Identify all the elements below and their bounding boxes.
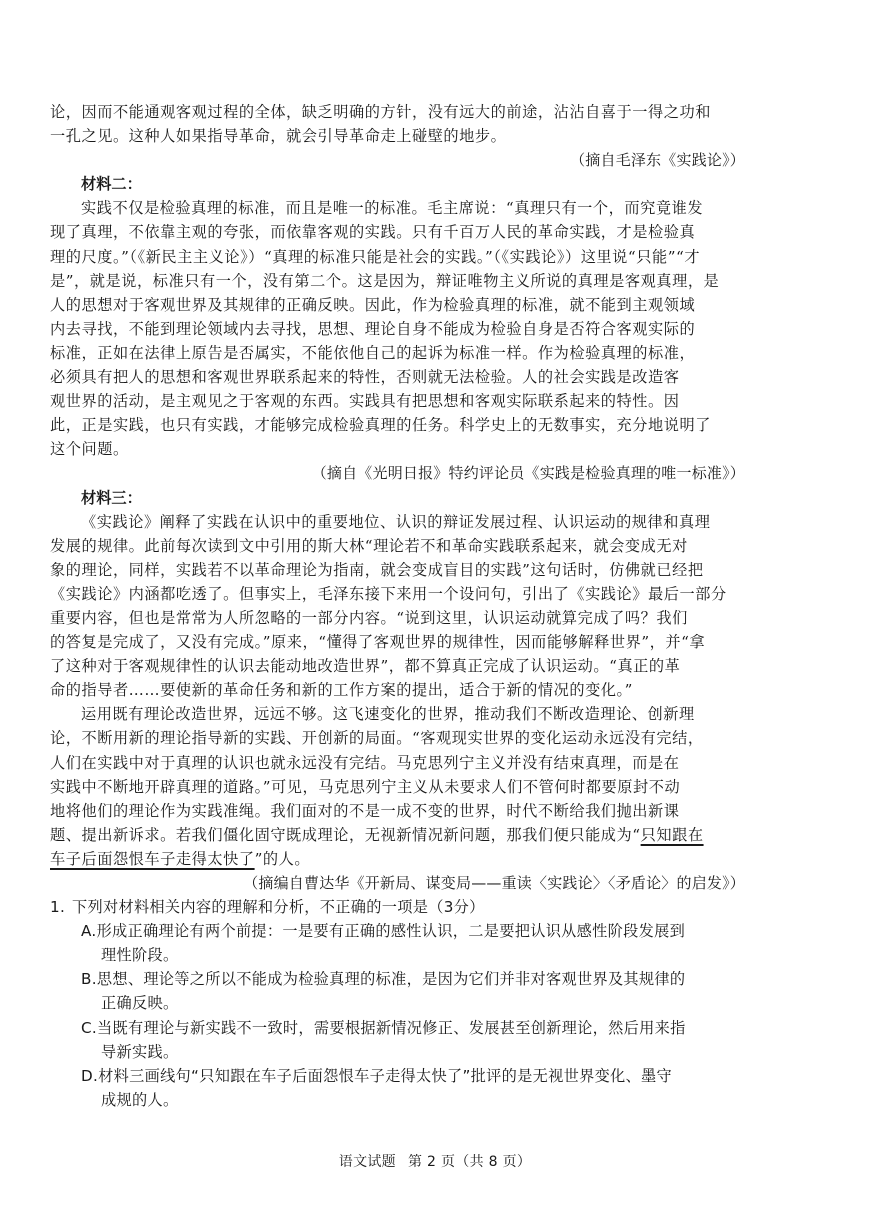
text-line: 运用既有理论改造世界，远远不够。这飞速变化的世界，推动我们不断改造理论、创新理 — [50, 702, 745, 726]
text-line: 现了真理，不依靠主观的夸张，而依靠客观的实践。只有千百万人民的革命实践，才是检验… — [50, 220, 745, 244]
text-line: 是”，就是说，标准只有一个，没有第二个。这是因为，辩证唯物主义所说的真理是客观真… — [50, 269, 745, 293]
text-line: 车子后面怨恨车子走得太快了”的人。 — [50, 847, 745, 871]
option-text-cont: 导新实践。 — [50, 1040, 745, 1064]
option-d: D.材料三画线句“只知跟在车子后面怨恨车子走得太快了”批评的是无视世界变化、墨守… — [50, 1064, 745, 1112]
text-line: 必须具有把人的思想和客观世界联系起来的特性，否则就无法检验。人的社会实践是改造客 — [50, 365, 745, 389]
material-heading: 材料二： — [50, 172, 745, 196]
option-text: 当既有理论与新实践不一致时，需要根据新情况修正、发展甚至创新理论，然后用来指 — [97, 1019, 686, 1037]
text-segment: ”的人。 — [255, 850, 311, 868]
option-label: D. — [81, 1067, 98, 1085]
text-line: 了这种对于客观规律性的认识去能动地改造世界”，都不算真正完成了认识运动。“真正的… — [50, 654, 745, 678]
exam-page: 论，因而不能通观客观过程的全体，缺乏明确的方针，没有远大的前途，沾沾自喜于一得之… — [50, 100, 745, 1112]
text-line: 实践中不断地开辟真理的道路。”可见，马克思列宁主义从未要求人们不管何时都要原封不… — [50, 775, 745, 799]
material-heading: 材料三： — [50, 486, 745, 510]
text-line: 命的指导者……要使新的革命任务和新的工作方案的提出，适合于新的情况的变化。” — [50, 678, 745, 702]
option-text-cont: 成规的人。 — [50, 1088, 745, 1112]
text-line: 内去寻找，不能到理论领域内去寻找，思想、理论自身不能成为检验自身是否符合客观实际… — [50, 317, 745, 341]
text-line: 观世界的活动，是主观见之于客观的东西。实践具有把思想和客观实际联系起来的特性。因 — [50, 389, 745, 413]
option-a: A.形成正确理论有两个前提：一是要有正确的感性认识，二是要把认识从感性阶段发展到… — [50, 919, 745, 967]
text-line: 一孔之见。这种人如果指导革命，就会引导革命走上碰壁的地步。 — [50, 124, 745, 148]
source-citation: （摘自《光明日报》特约评论员《实践是检验真理的唯一标准》） — [50, 461, 745, 485]
option-label: B. — [81, 970, 97, 988]
text-line: 地将他们的理论作为实践准绳。我们面对的不是一成不变的世界，时代不断给我们抛出新课 — [50, 799, 745, 823]
text-line: 论，因而不能通观客观过程的全体，缺乏明确的方针，没有远大的前途，沾沾自喜于一得之… — [50, 100, 745, 124]
footer-subject: 语文试题 — [339, 1154, 396, 1170]
page-footer: 语文试题第 2 页（共 8 页） — [0, 1151, 870, 1171]
text-line: 人的思想对于客观世界及其规律的正确反映。因此，作为检验真理的标准，就不能到主观领… — [50, 293, 745, 317]
footer-page-number: 第 2 页（共 8 页） — [408, 1154, 531, 1170]
option-text: 思想、理论等之所以不能成为检验真理的标准，是因为它们并非对客观世界及其规律的 — [97, 970, 686, 988]
text-line: 人们在实践中对于真理的认识也就永远没有完结。马克思列宁主义并没有结束真理，而是在 — [50, 751, 745, 775]
option-text-cont: 理性阶段。 — [50, 943, 745, 967]
text-line: 这个问题。 — [50, 437, 745, 461]
option-c: C.当既有理论与新实践不一致时，需要根据新情况修正、发展甚至创新理论，然后用来指… — [50, 1016, 745, 1064]
underlined-sentence: 只知跟在 — [641, 826, 704, 844]
source-citation: （摘自毛泽东《实践论》） — [50, 148, 745, 172]
option-b: B.思想、理论等之所以不能成为检验真理的标准，是因为它们并非对客观世界及其规律的… — [50, 967, 745, 1015]
text-line: 重要内容，但也是常常为人所忽略的一部分内容。“说到这里，认识运动就算完成了吗？我… — [50, 606, 745, 630]
text-line: 实践不仅是检验真理的标准，而且是唯一的标准。毛主席说：“真理只有一个，而究竟谁发 — [50, 196, 745, 220]
text-line: 标准，正如在法律上原告是否属实，不能依他自己的起诉为标准一样。作为检验真理的标准… — [50, 341, 745, 365]
text-line: 《实践论》阐释了实践在认识中的重要地位、认识的辩证发展过程、认识运动的规律和真理 — [50, 510, 745, 534]
text-line: 象的理论，同样，实践若不以革命理论为指南，就会变成盲目的实践”这句话时，仿佛就已… — [50, 558, 745, 582]
option-text-cont: 正确反映。 — [50, 991, 745, 1015]
text-line: 发展的规律。此前每次读到文中引用的斯大林“理论若不和革命实践联系起来，就会变成无… — [50, 534, 745, 558]
text-segment: 题、提出新诉求。若我们僵化固守既成理论，无视新情况新问题，那我们便只能成为“ — [50, 826, 641, 844]
text-line: 《实践论》内涵都吃透了。但事实上，毛泽东接下来用一个设问句，引出了《实践论》最后… — [50, 582, 745, 606]
text-line: 的答复是完成了，又没有完成。”原来，“懂得了客观世界的规律性，因而能够解释世界”… — [50, 630, 745, 654]
source-citation: （摘编自曹达华《开新局、谋变局——重读〈实践论〉〈矛盾论〉的启发》） — [50, 871, 745, 895]
text-line: 题、提出新诉求。若我们僵化固守既成理论，无视新情况新问题，那我们便只能成为“只知… — [50, 823, 745, 847]
text-line: 此，正是实践，也只有实践，才能够完成检验真理的任务。科学史上的无数事实，充分地说… — [50, 413, 745, 437]
option-label: A. — [81, 922, 97, 940]
option-label: C. — [81, 1019, 97, 1037]
text-line: 理的尺度。”（《新民主主义论》）“真理的标准只能是社会的实践。”（《实践论》）这… — [50, 245, 745, 269]
question-text: 下列对材料相关内容的理解和分析，不正确的一项是（3分） — [72, 898, 485, 916]
question-stem: 1.下列对材料相关内容的理解和分析，不正确的一项是（3分） — [50, 895, 745, 919]
underlined-sentence: 车子后面怨恨车子走得太快了 — [50, 850, 255, 868]
text-line: 论，不断用新的理论指导新的实践、开创新的局面。“客观现实世界的变化运动永远没有完… — [50, 726, 745, 750]
question-number: 1. — [50, 895, 72, 919]
option-text: 材料三画线句“只知跟在车子后面怨恨车子走得太快了”批评的是无视世界变化、墨守 — [98, 1067, 672, 1085]
option-text: 形成正确理论有两个前提：一是要有正确的感性认识，二是要把认识从感性阶段发展到 — [97, 922, 686, 940]
